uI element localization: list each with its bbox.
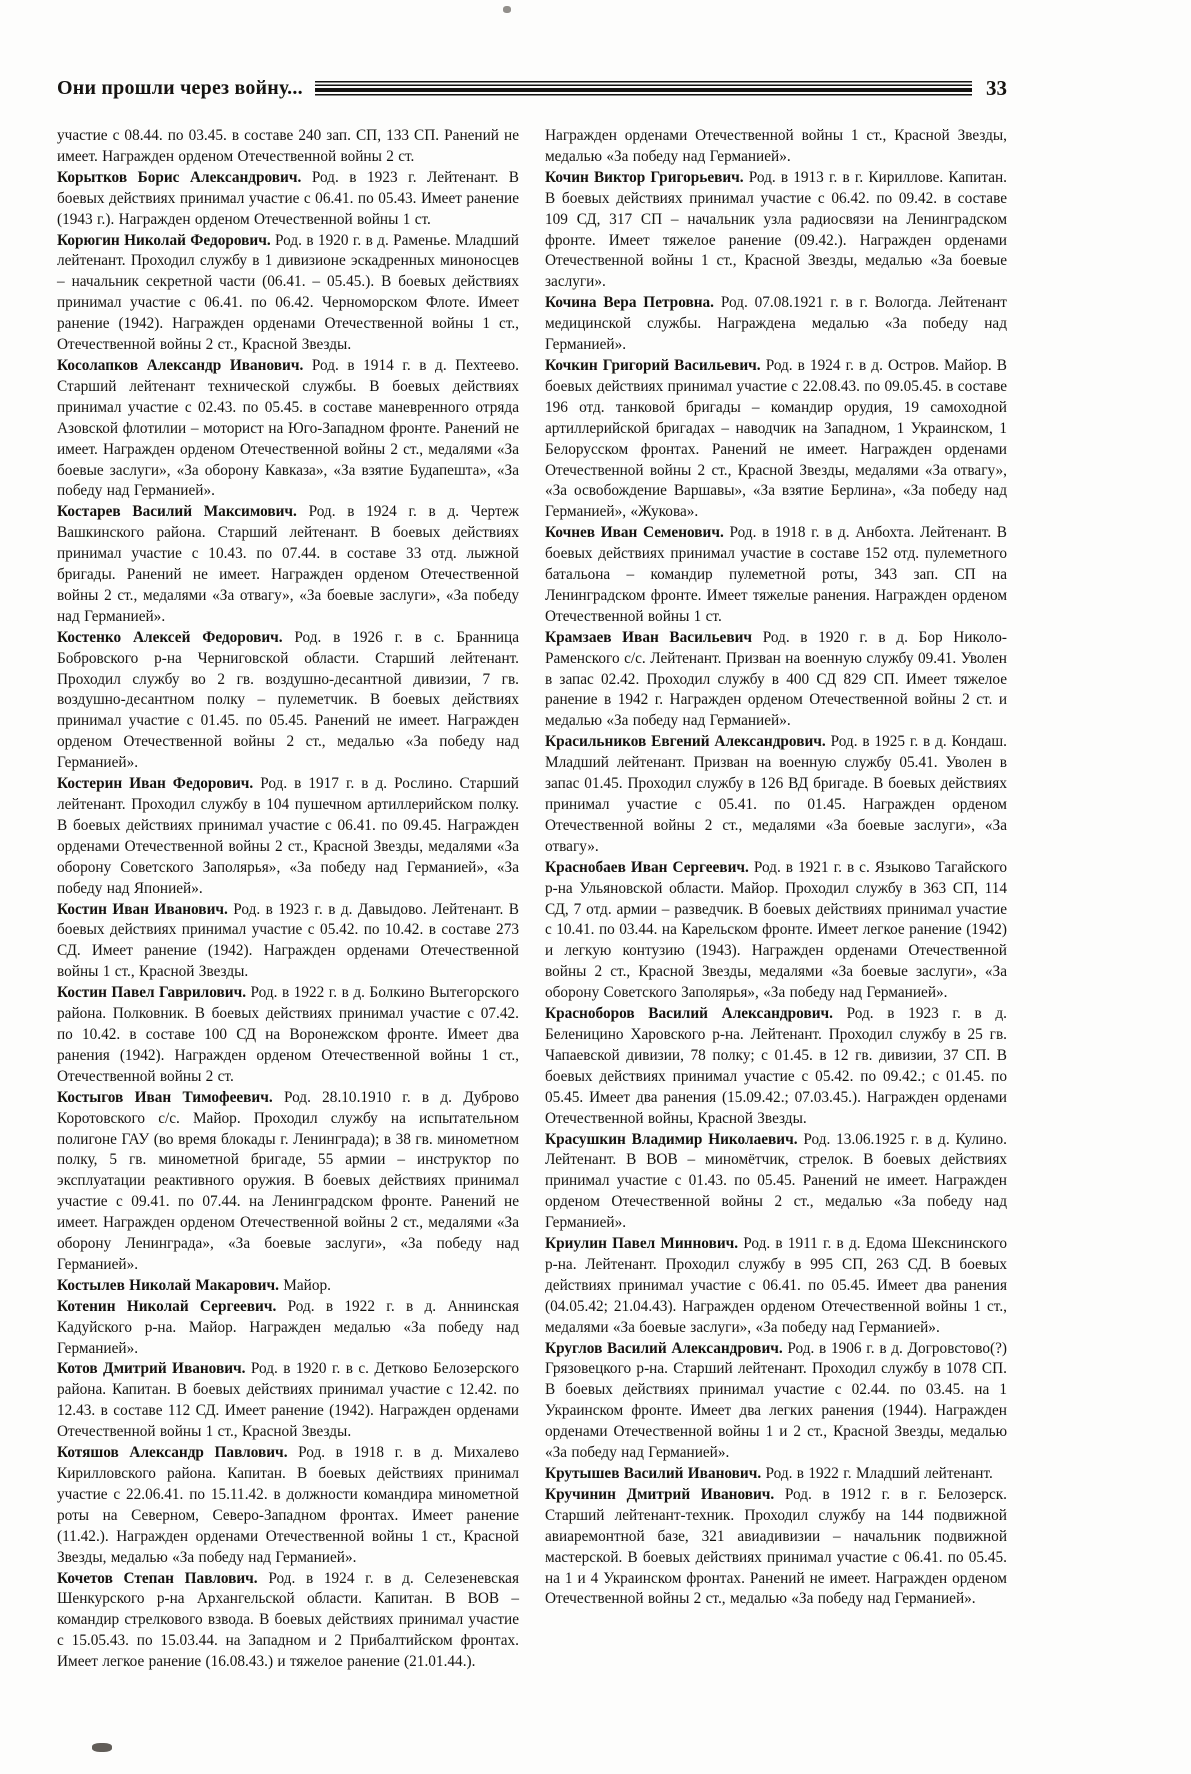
veteran-name: Котяшов Александр Павлович. bbox=[57, 1444, 298, 1461]
veteran-name: Краснобаев Иван Сергеевич. bbox=[545, 859, 754, 876]
veteran-entry: Котяшов Александр Павлович. Род. в 1918 … bbox=[57, 1443, 519, 1568]
veteran-name: Круглов Василий Александрович. bbox=[545, 1340, 787, 1357]
veteran-name: Кочетов Степан Павлович. bbox=[57, 1570, 268, 1587]
veteran-entry: Костылев Николай Макарович. Майор. bbox=[57, 1276, 519, 1297]
veteran-entry: Кочетов Степан Павлович. Род. в 1924 г. … bbox=[57, 1569, 519, 1674]
veteran-entry: Корытков Борис Александрович. Род. в 192… bbox=[57, 168, 519, 231]
veteran-name: Костин Павел Гаврилович. bbox=[57, 984, 251, 1001]
text-columns: участие с 08.44. по 03.45. в составе 240… bbox=[57, 126, 1007, 1673]
veteran-name: Кочнев Иван Семенович. bbox=[545, 524, 729, 541]
veteran-entry: Круглов Василий Александрович. Род. в 19… bbox=[545, 1339, 1007, 1464]
veteran-name: Крамзаев Иван Васильевич bbox=[545, 629, 763, 646]
veteran-entry: Костыгов Иван Тимофеевич. Род. 28.10.191… bbox=[57, 1088, 519, 1276]
scan-artifact-bottom bbox=[92, 1743, 112, 1752]
veteran-entry: участие с 08.44. по 03.45. в составе 240… bbox=[57, 126, 519, 168]
veteran-entry: Костенко Алексей Федорович. Род. в 1926 … bbox=[57, 628, 519, 774]
veteran-name: Костерин Иван Федорович. bbox=[57, 775, 260, 792]
veteran-entry: Костарев Василий Максимович. Род. в 1924… bbox=[57, 502, 519, 627]
veteran-name: Кочин Виктор Григорьевич. bbox=[545, 169, 749, 186]
veteran-entry: Корюгин Николай Федорович. Род. в 1920 г… bbox=[57, 231, 519, 356]
veteran-name: Красильников Евгений Александрович. bbox=[545, 733, 831, 750]
veteran-name: Костин Иван Иванович. bbox=[57, 901, 233, 918]
veteran-entry: Красушкин Владимир Николаевич. Род. 13.0… bbox=[545, 1130, 1007, 1235]
veteran-entry: Кочина Вера Петровна. Род. 07.08.1921 г.… bbox=[545, 293, 1007, 356]
veteran-entry: Красильников Евгений Александрович. Род.… bbox=[545, 732, 1007, 857]
veteran-name: Крутышев Василий Иванович. bbox=[545, 1465, 766, 1482]
veteran-name: Косолапков Александр Иванович. bbox=[57, 357, 312, 374]
veteran-name: Костенко Алексей Федорович. bbox=[57, 629, 294, 646]
veteran-entry: Крамзаев Иван Васильевич Род. в 1920 г. … bbox=[545, 628, 1007, 733]
veteran-entry: Кочкин Григорий Васильевич. Род. в 1924 … bbox=[545, 356, 1007, 523]
column-left: участие с 08.44. по 03.45. в составе 240… bbox=[57, 126, 519, 1673]
veteran-name: Красушкин Владимир Николаевич. bbox=[545, 1131, 803, 1148]
veteran-name: Криулин Павел Миннович. bbox=[545, 1235, 743, 1252]
book-page: Они прошли через войну... 33 участие с 0… bbox=[0, 0, 1191, 1774]
veteran-entry: Кручинин Дмитрий Иванович. Род. в 1912 г… bbox=[545, 1485, 1007, 1610]
veteran-entry: Костин Иван Иванович. Род. в 1923 г. в д… bbox=[57, 900, 519, 984]
veteran-name: Костарев Василий Максимович. bbox=[57, 503, 309, 520]
veteran-entry: Косолапков Александр Иванович. Род. в 19… bbox=[57, 356, 519, 502]
veteran-entry: Криулин Павел Миннович. Род. в 1911 г. в… bbox=[545, 1234, 1007, 1339]
veteran-name: Кочкин Григорий Васильевич. bbox=[545, 357, 766, 374]
veteran-entry: Котенин Николай Сергеевич. Род. в 1922 г… bbox=[57, 1297, 519, 1360]
veteran-name: Котов Дмитрий Иванович. bbox=[57, 1360, 251, 1377]
veteran-name: Кручинин Дмитрий Иванович. bbox=[545, 1486, 785, 1503]
page-header: Они прошли через войну... 33 bbox=[57, 72, 1007, 104]
page-number: 33 bbox=[986, 76, 1007, 101]
header-rule bbox=[315, 81, 972, 96]
veteran-entry: Костин Павел Гаврилович. Род. в 1922 г. … bbox=[57, 983, 519, 1088]
veteran-name: Костылев Николай Макарович. bbox=[57, 1277, 283, 1294]
veteran-entry: Награжден орденами Отечественной войны 1… bbox=[545, 126, 1007, 168]
column-right: Награжден орденами Отечественной войны 1… bbox=[545, 126, 1007, 1673]
veteran-name: Костыгов Иван Тимофеевич. bbox=[57, 1089, 284, 1106]
veteran-entry: Котов Дмитрий Иванович. Род. в 1920 г. в… bbox=[57, 1359, 519, 1443]
veteran-entry: Крутышев Василий Иванович. Род. в 1922 г… bbox=[545, 1464, 1007, 1485]
veteran-name: Красноборов Василий Александрович. bbox=[545, 1005, 847, 1022]
veteran-entry: Кочнев Иван Семенович. Род. в 1918 г. в … bbox=[545, 523, 1007, 628]
running-title: Они прошли через войну... bbox=[57, 77, 303, 100]
veteran-entry: Красноборов Василий Александрович. Род. … bbox=[545, 1004, 1007, 1129]
veteran-entry: Кочин Виктор Григорьевич. Род. в 1913 г.… bbox=[545, 168, 1007, 293]
veteran-name: Корюгин Николай Федорович. bbox=[57, 232, 275, 249]
veteran-name: Кочина Вера Петровна. bbox=[545, 294, 721, 311]
veteran-entry: Костерин Иван Федорович. Род. в 1917 г. … bbox=[57, 774, 519, 899]
scan-artifact-top bbox=[503, 6, 511, 13]
veteran-name: Корытков Борис Александрович. bbox=[57, 169, 312, 186]
veteran-entry: Краснобаев Иван Сергеевич. Род. в 1921 г… bbox=[545, 858, 1007, 1004]
veteran-name: Котенин Николай Сергеевич. bbox=[57, 1298, 288, 1315]
